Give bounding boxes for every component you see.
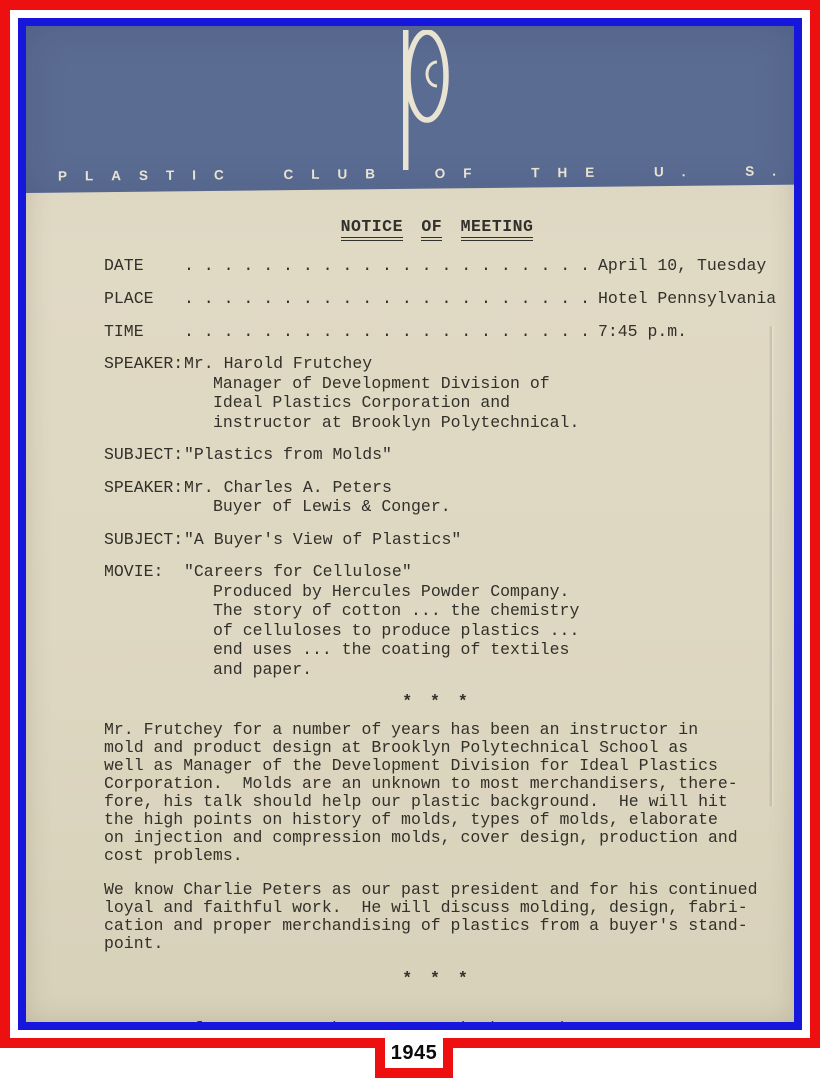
section-body: "Careers for Cellulose" Produced by Herc… [184,562,579,679]
pc-monogram-icon [403,30,463,170]
section-first-line: "Careers for Cellulose" [184,562,579,582]
typed-content: NOTICE OF MEETING DATE . . . . . . . . .… [26,217,794,1022]
title-word: NOTICE [341,217,403,241]
letterhead-band: PLASTIC CLUB OF THE U. S. IN [26,26,794,193]
section-label: SUBJECT: [104,530,184,550]
paragraph-peters: We know Charlie Peters as our past presi… [104,881,770,953]
field-label: PLACE [104,289,184,308]
section-speaker-1: SPEAKER: Mr. Harold Frutchey Manager of … [104,354,770,432]
section-subject-1: SUBJECT: "Plastics from Molds" [104,445,770,465]
section-label: SPEAKER: [104,478,184,517]
title-word: MEETING [461,217,534,241]
section-body: "Plastics from Molds" [184,445,392,465]
closing-prefix: If you want to know more, [183,1019,440,1022]
section-detail-lines: Produced by Hercules Powder Company. The… [184,582,579,680]
section-first-line: "A Buyer's View of Plastics" [184,530,461,550]
section-first-line: Mr. Charles A. Peters [184,478,451,498]
field-value: April 10, Tuesday [598,256,766,275]
org-wordmark: PLASTIC CLUB OF THE U. S. IN [58,163,794,183]
year-tab: 1945 [375,1038,453,1078]
section-speaker-2: SPEAKER: Mr. Charles A. Peters Buyer of … [104,478,770,517]
closing-line: If you want to know more, Ask the speake… [104,1000,770,1022]
paragraph-frutchey: Mr. Frutchey for a number of years has b… [104,721,770,865]
asterisk-separator: * * * [104,692,770,711]
field-label: TIME [104,322,184,341]
closing-emphasis: Ask [441,1019,471,1022]
document-scan: PLASTIC CLUB OF THE U. S. IN NOTICE OF M… [26,26,794,1022]
field-row-date: DATE . . . . . . . . . . . . . . . . . .… [104,249,770,282]
section-subject-2: SUBJECT: "A Buyer's View of Plastics" [104,530,770,550]
paper-crease [769,326,774,806]
year-label: 1945 [391,1042,438,1065]
title-word: OF [421,217,442,241]
section-label: SUBJECT: [104,445,184,465]
meeting-fields: DATE . . . . . . . . . . . . . . . . . .… [104,249,770,348]
field-row-time: TIME . . . . . . . . . . . . . . . . . .… [104,315,770,348]
leader-dots: . . . . . . . . . . . . . . . . . . . . … [184,289,590,308]
notice-title: NOTICE OF MEETING [104,217,770,241]
section-body: Mr. Charles A. Peters Buyer of Lewis & C… [184,478,451,517]
field-label: DATE [104,256,184,275]
closing-suffix: the speaker. [470,1019,599,1022]
leader-dots: . . . . . . . . . . . . . . . . . . . . … [184,322,590,341]
section-body: "A Buyer's View of Plastics" [184,530,461,550]
program-sections: SPEAKER: Mr. Harold Frutchey Manager of … [104,354,770,679]
section-first-line: "Plastics from Molds" [184,445,392,465]
field-value: 7:45 p.m. [598,322,687,341]
field-value: Hotel Pennsylvania [598,289,776,308]
section-label: MOVIE: [104,562,184,679]
section-movie: MOVIE: "Careers for Cellulose" Produced … [104,562,770,679]
field-row-place: PLACE . . . . . . . . . . . . . . . . . … [104,282,770,315]
section-label: SPEAKER: [104,354,184,432]
asterisk-separator: * * * [104,969,770,988]
section-detail-lines: Manager of Development Division of Ideal… [184,374,579,433]
section-body: Mr. Harold Frutchey Manager of Developme… [184,354,579,432]
leader-dots: . . . . . . . . . . . . . . . . . . . . … [184,256,590,275]
section-first-line: Mr. Harold Frutchey [184,354,579,374]
section-detail-lines: Buyer of Lewis & Conger. [184,497,451,517]
